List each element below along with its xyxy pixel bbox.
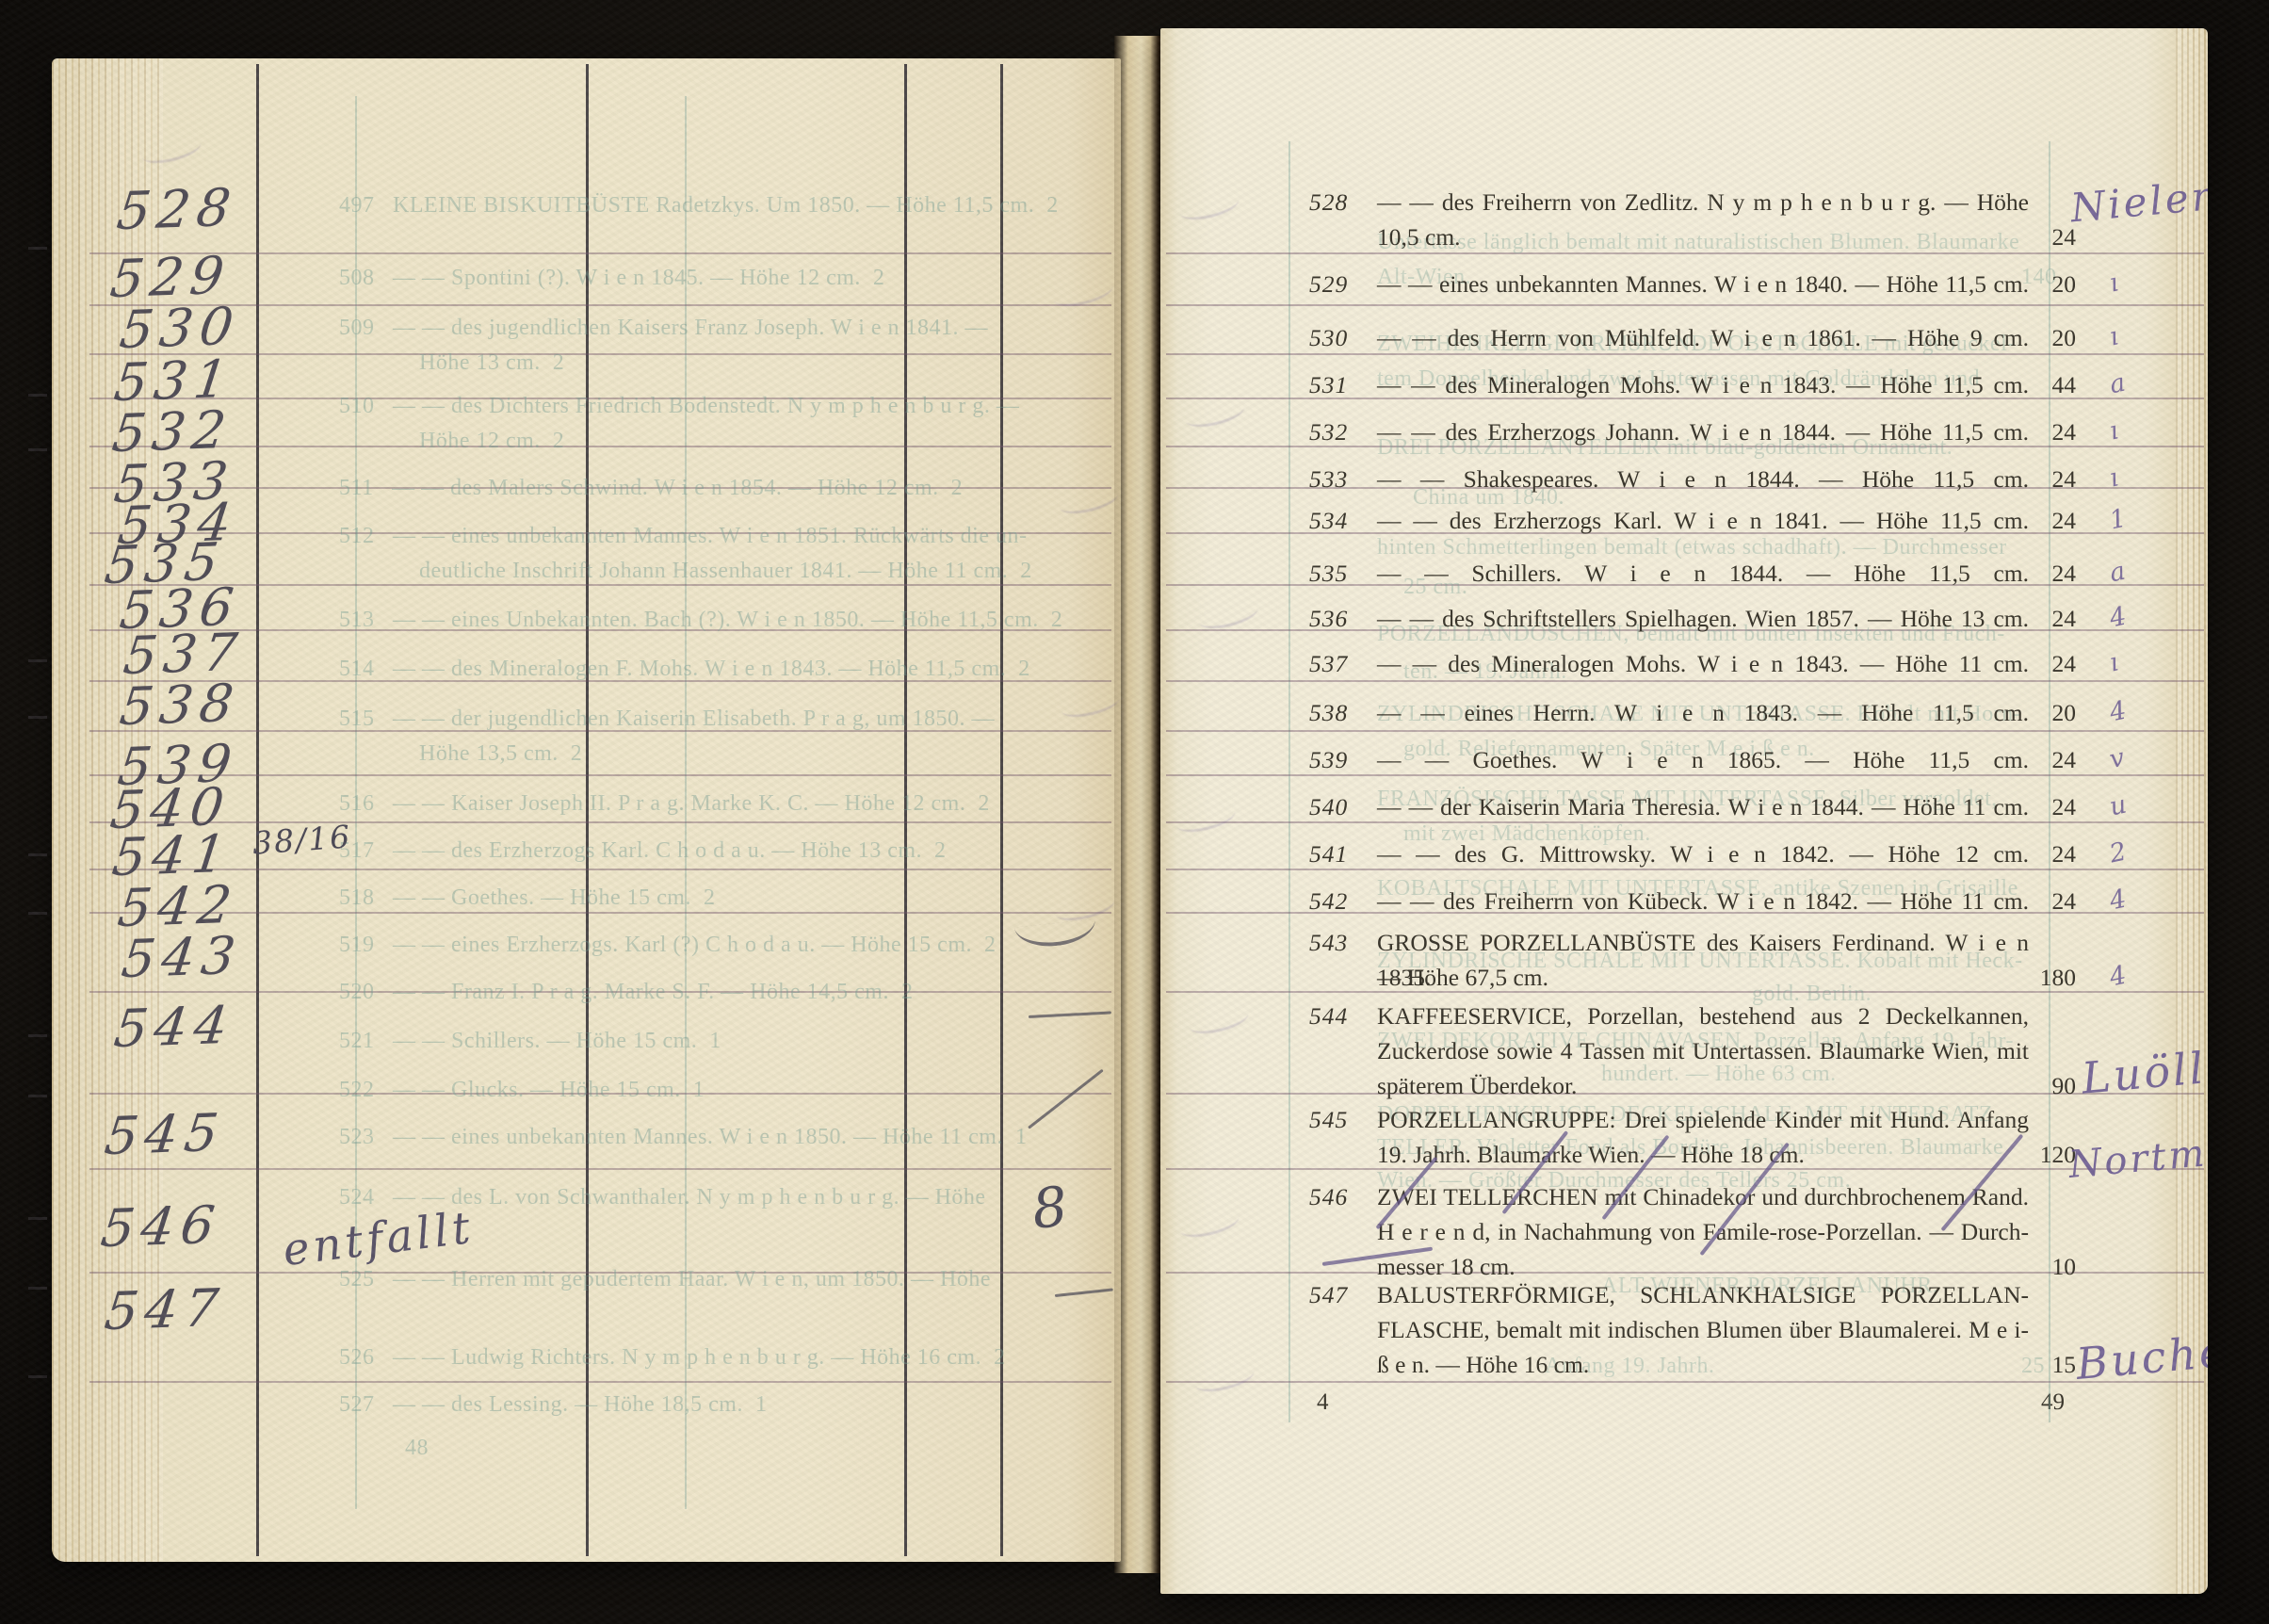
catalog-entry-line: KAFFEESERVICE, Porzellan, bestehend aus … — [1377, 999, 2029, 1033]
price-value: 24 — [1989, 462, 2076, 496]
catalog-entry-line: H e r e n d, in Nachahmung von Famile-ro… — [1377, 1214, 2029, 1249]
price-value: 90 — [1989, 1068, 2076, 1103]
page-edge-tick — [28, 394, 47, 397]
pencil-tick-mark: 4 — [2107, 696, 2129, 728]
ghost-text-line: 512 — — eines unbekannten Mannes. W i e … — [339, 524, 1027, 549]
entry-number: 544 — [1309, 999, 1348, 1033]
catalog-entry-line: — — eines unbekannten Mannes. W i e n 18… — [1377, 267, 2029, 301]
column-rule-dark — [1000, 64, 1003, 1556]
price-value: 15 — [1989, 1347, 2076, 1382]
handwritten-lot-number: 545 — [102, 1102, 229, 1166]
catalog-entry-line: — — der Kaiserin Maria Theresia. W i e n… — [1377, 789, 2029, 824]
price-value: 24 — [1989, 836, 2076, 871]
page-number-left: 4 — [1317, 1389, 1329, 1416]
column-rule-dark — [256, 64, 259, 1556]
ghost-text-line: 521 — — Schillers. — Höhe 15 cm. 1 — [339, 1029, 721, 1054]
handwritten-lot-number: 543 — [119, 925, 246, 989]
entry-number: 534 — [1309, 503, 1348, 538]
row-separator-line — [89, 821, 1111, 823]
page-edge-tick — [28, 1375, 47, 1378]
price-value: 20 — [1989, 695, 2076, 730]
price-value: 24 — [1989, 789, 2076, 824]
handwritten-entfallt-note: entfallt — [280, 1202, 477, 1276]
ghost-text-line: 516 — — Kaiser Joseph II. P r a g. Marke… — [339, 791, 990, 817]
entry-number: 532 — [1309, 414, 1348, 449]
price-value: 180 — [1989, 960, 2076, 995]
catalog-entry-line: — — des Freiherrn von Zedlitz. N y m p h… — [1377, 185, 2029, 219]
row-separator-line — [1166, 730, 2204, 732]
row-separator-line — [89, 1381, 1111, 1383]
catalog-entry-line: — — des Schriftstellers Spielhagen. Wien… — [1377, 601, 2029, 636]
pencil-tick-mark: 2 — [2107, 837, 2129, 869]
catalog-entry-line: — Höhe 67,5 cm. — [1377, 960, 2029, 995]
pencil-tick-mark: v — [2107, 743, 2127, 774]
handwritten-digit-mark: 8 — [1029, 1174, 1071, 1241]
catalog-entry-line: GROSSE PORZELLANBÜSTE des Kaisers Ferdin… — [1377, 925, 2029, 960]
price-value: 44 — [1989, 367, 2076, 402]
margin-annotation: Luöll — [2080, 1042, 2208, 1103]
page-edge-tick — [28, 659, 47, 662]
row-separator-line — [89, 1168, 1111, 1170]
page-edge-tick — [28, 1095, 47, 1097]
price-value: 24 — [1989, 884, 2076, 918]
price-value: 24 — [1989, 414, 2076, 449]
entry-number: 537 — [1309, 646, 1348, 681]
page-number-right: 49 — [2008, 1389, 2065, 1416]
row-separator-line — [1166, 304, 2204, 306]
price-value: 20 — [1989, 320, 2076, 355]
handwritten-lot-number: 546 — [98, 1194, 225, 1259]
ghost-text-line: 527 — — des Lessing. — Höhe 18,5 cm. 1 — [339, 1392, 767, 1418]
entry-number: 543 — [1309, 925, 1348, 960]
ghost-text-line: 520 — — Franz I. P r a g. Marke S. F. — … — [339, 980, 913, 1005]
entry-number: 542 — [1309, 884, 1348, 918]
ink-offset-squiggle — [1177, 1207, 1241, 1242]
entry-number: 540 — [1309, 789, 1348, 824]
ghost-page-number: 48 — [405, 1436, 429, 1461]
pencil-check-mark — [1014, 919, 1097, 950]
entry-number: 536 — [1309, 601, 1348, 636]
ink-offset-squiggle — [1059, 687, 1121, 723]
entry-number: 541 — [1309, 836, 1348, 871]
ink-offset-squiggle — [1192, 1361, 1256, 1397]
ghost-text-line: 510 — — des Dichters Friedrich Bodensted… — [339, 394, 1019, 419]
pencil-tick-mark: ı — [2107, 321, 2121, 351]
entry-number: 545 — [1309, 1102, 1348, 1137]
entry-number: 539 — [1309, 742, 1348, 777]
ghost-text-line: 514 — — des Mineralogen F. Mohs. W i e n… — [339, 657, 1030, 682]
ghost-text-line: 519 — — eines Erzherzogs. Karl (?) C h o… — [339, 933, 997, 958]
pencil-tick-mark: 4 — [2107, 961, 2129, 993]
catalog-entry-line: — — Goethes. W i e n 1865. — Höhe 11,5 c… — [1377, 742, 2029, 777]
page-edge-tick — [28, 247, 47, 250]
page-edge-tick — [28, 1217, 47, 1220]
row-separator-line — [89, 912, 1111, 914]
ghost-text-line: deutliche Inschrift Johann Hassenhauer 1… — [419, 559, 1032, 584]
catalog-entry-line: — — des Herrn von Mühlfeld. W i e n 1861… — [1377, 320, 2029, 355]
row-separator-line — [89, 252, 1111, 254]
catalog-entry-line: ZWEI TELLERCHEN mit Chinadekor und durch… — [1377, 1179, 2029, 1214]
price-value: 24 — [1989, 646, 2076, 681]
catalog-entry-line: BALUSTERFÖRMIGE, SCHLANKHALSIGE PORZELLA… — [1377, 1277, 2029, 1312]
entry-number: 547 — [1309, 1277, 1348, 1312]
ghost-text-line: 522 — — Glucks. — Höhe 15 cm. 1 — [339, 1078, 705, 1103]
pencil-tick-mark: ı — [2107, 415, 2121, 446]
catalog-entry-line: FLASCHE, bemalt mit indischen Blumen übe… — [1377, 1312, 2029, 1347]
ghost-text-line: Höhe 13 cm. 2 — [419, 350, 564, 376]
catalog-entry-line: — — des Mineralogen Mohs. W i e n 1843. … — [1377, 367, 2029, 402]
price-value: 20 — [1989, 267, 2076, 301]
left-page: 497 KLEINE BISKUITBÜSTE Radetzkys. Um 18… — [52, 58, 1121, 1562]
catalog-entry-line: — — des Mineralogen Mohs. W i e n 1843. … — [1377, 646, 2029, 681]
row-separator-line — [89, 304, 1111, 306]
entry-number: 530 — [1309, 320, 1348, 355]
ghost-text-line: 525 — — Herren mit gepudertem Haar. W i … — [339, 1267, 991, 1292]
row-separator-line — [89, 584, 1111, 586]
page-edge-tick — [28, 853, 47, 856]
entry-number: 528 — [1309, 185, 1348, 219]
page-edge-tick — [28, 912, 47, 915]
ghost-text-line: 515 — — der jugendlichen Kaiserin Elisab… — [339, 706, 995, 732]
page-edge-tick — [28, 1034, 47, 1037]
catalog-entry-line: späterem Überdekor. — [1377, 1068, 2029, 1103]
pencil-tick-mark: ı — [2107, 647, 2121, 677]
ghost-text-line: 509 — — des jugendlichen Kaisers Franz J… — [339, 316, 988, 341]
catalog-entry-line: — — des G. Mittrowsky. W i e n 1842. — H… — [1377, 836, 2029, 871]
ghost-text-line: Höhe 12 cm. 2 — [419, 429, 564, 454]
ghost-text-line: 497 KLEINE BISKUITBÜSTE Radetzkys. Um 18… — [339, 193, 1059, 219]
price-value: 24 — [1989, 742, 2076, 777]
handwritten-lot-number: 547 — [102, 1277, 229, 1341]
margin-annotation: Buche — [2074, 1325, 2208, 1389]
handwritten-lot-number: 538 — [117, 673, 244, 737]
handwritten-ratio-note: 38/16 — [251, 818, 353, 861]
right-page: 4 49 Untertasse länglich bemalt mit natu… — [1160, 28, 2208, 1594]
ghost-text-line: 508 — — Spontini (?). W i e n 1845. — Hö… — [339, 266, 884, 291]
entry-number: 546 — [1309, 1179, 1348, 1214]
pencil-tick-mark: a — [2107, 368, 2128, 400]
ghost-text-line: 518 — — Goethes. — Höhe 15 cm. 2 — [339, 885, 715, 911]
pencil-dash-mark — [1028, 1069, 1104, 1129]
catalog-entry-line: — — Schillers. W i e n 1844. — Höhe 11,5… — [1377, 556, 2029, 591]
catalog-entry-line: 10,5 cm. — [1377, 219, 2029, 254]
pencil-tick-mark: 1 — [2107, 504, 2129, 536]
entry-number: 529 — [1309, 267, 1348, 301]
ink-offset-squiggle — [1183, 397, 1247, 432]
price-value: 24 — [1989, 219, 2076, 254]
pencil-dash-mark — [1055, 1289, 1113, 1297]
catalog-entry-line: PORZELLANGRUPPE: Drei spielende Kinder m… — [1377, 1102, 2029, 1137]
pencil-tick-mark: u — [2107, 790, 2129, 822]
page-edge-tick — [28, 448, 47, 451]
book-gutter — [1114, 36, 1163, 1573]
price-value: 24 — [1989, 556, 2076, 591]
ghost-text-line: 517 — — des Erzherzogs Karl. C h o d a u… — [339, 838, 947, 864]
ink-offset-squiggle — [1177, 189, 1241, 225]
entry-number: 531 — [1309, 367, 1348, 402]
page-edge-tick — [28, 716, 47, 719]
catalog-entry-line: — — des Freiherrn von Kübeck. W i e n 18… — [1377, 884, 2029, 918]
ink-offset-squiggle — [1174, 802, 1238, 837]
catalog-entry-line: ß e n. — Höhe 16 cm. — [1377, 1347, 2029, 1382]
entry-number: 535 — [1309, 556, 1348, 591]
handwritten-lot-number: 544 — [111, 995, 238, 1059]
catalog-entry-line: — — des Erzherzogs Karl. W i e n 1841. —… — [1377, 503, 2029, 538]
entry-number: 533 — [1309, 462, 1348, 496]
ghost-text-line: 523 — — eines unbekannten Mannes. W i e … — [339, 1125, 1027, 1150]
catalog-entry-line: — — eines Herrn. W i e n 1843. — Höhe 11… — [1377, 695, 2029, 730]
catalog-entry-line: Zuckerdose sowie 4 Tassen mit Untertasse… — [1377, 1033, 2029, 1068]
entry-number: 538 — [1309, 695, 1348, 730]
row-separator-line — [89, 446, 1111, 447]
ink-offset-squiggle — [1187, 1003, 1251, 1039]
row-separator-line — [89, 869, 1111, 870]
pencil-dash-mark — [1029, 1011, 1111, 1018]
row-separator-line — [89, 774, 1111, 776]
page-edge-tick — [28, 1287, 47, 1290]
row-separator-line — [89, 353, 1111, 355]
column-rule-faint — [1288, 141, 1290, 1422]
catalog-entry-line: 19. Jahrh. Blaumarke Wien. — Höhe 18 cm. — [1377, 1137, 2029, 1172]
book-spread-scan: 497 KLEINE BISKUITBÜSTE Radetzkys. Um 18… — [0, 0, 2269, 1624]
price-value: 24 — [1989, 503, 2076, 538]
price-value: 24 — [1989, 601, 2076, 636]
catalog-entry-line: — — des Erzherzogs Johann. W i e n 1844.… — [1377, 414, 2029, 449]
catalog-entry-line: — — Shakespeares. W i e n 1844. — Höhe 1… — [1377, 462, 2029, 496]
ghost-text-line: Höhe 13,5 cm. 2 — [419, 741, 582, 767]
ghost-text-line: 513 — — eines Unbekannten. Bach (?). W i… — [339, 608, 1062, 633]
ink-offset-squiggle — [1196, 598, 1260, 634]
pencil-tick-mark: ı — [2107, 268, 2121, 298]
ghost-text-line: 526 — — Ludwig Richters. N y m p h e n b… — [339, 1345, 1006, 1371]
ghost-text-line: 511 — — des Malers Schwind. W i e n 1854… — [339, 476, 963, 501]
handwritten-lot-number: 528 — [114, 177, 241, 241]
